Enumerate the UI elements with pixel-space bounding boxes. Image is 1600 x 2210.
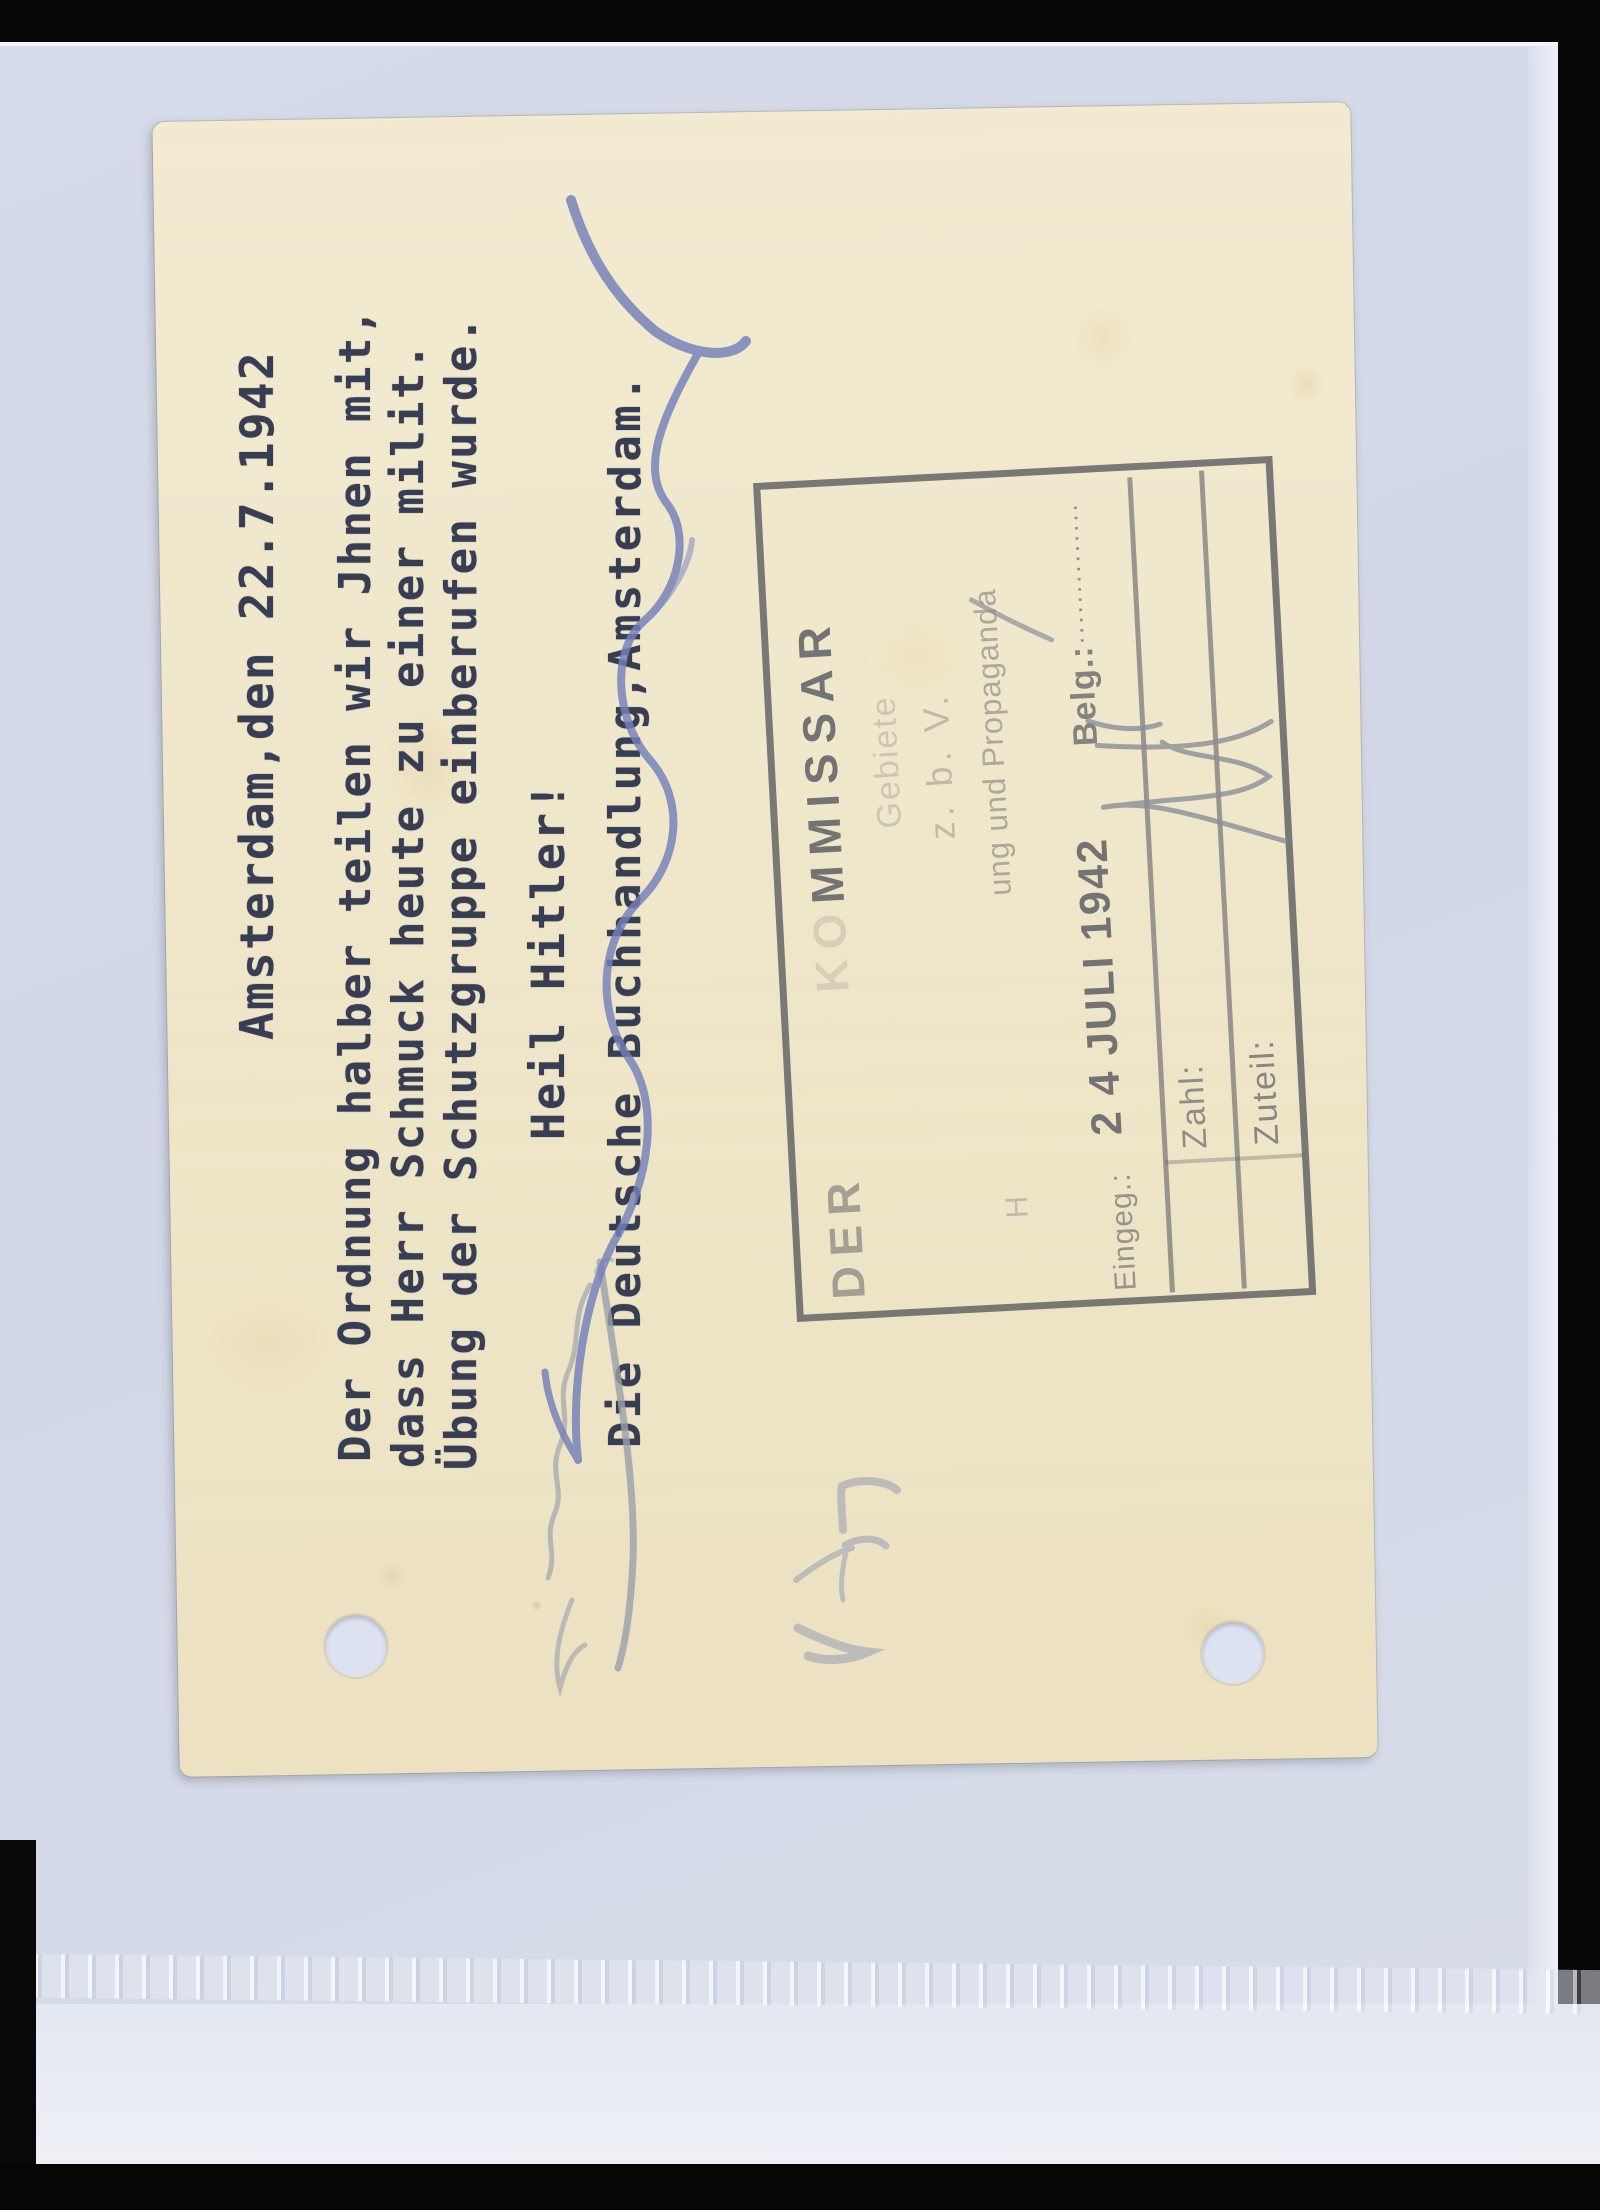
album-page-photo: { "scene": { "description_label": "Typew… [0,0,1600,2210]
ink-signature-icon [0,0,1600,2210]
